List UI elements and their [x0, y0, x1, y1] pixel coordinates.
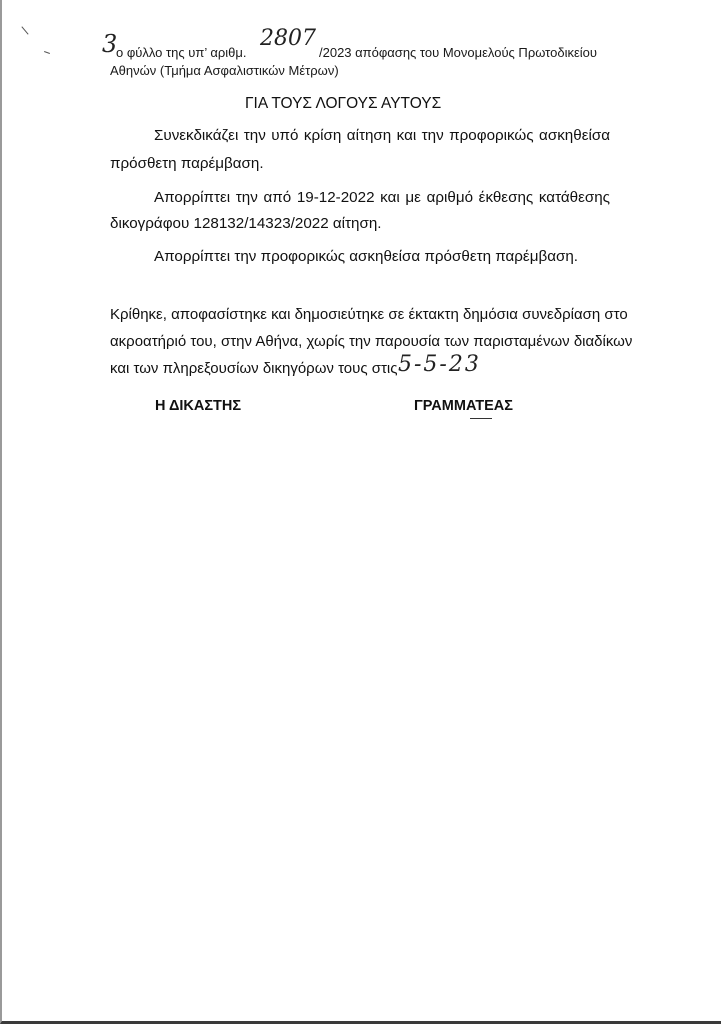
handwritten-underline	[470, 418, 492, 419]
handwritten-date: 5-5-23	[398, 352, 481, 377]
paragraph-2-line-2: δικογράφου 128132/14323/2022 αίτηση.	[110, 215, 382, 232]
handwritten-decision-number: 2807	[260, 26, 316, 51]
document-page: 3 ο φύλλο της υπ’ αριθμ. 2807 /2023 απόφ…	[0, 0, 721, 1024]
scan-mark	[44, 51, 50, 54]
closing-line-3: και των πληρεξουσίων δικηγόρων τους στις	[110, 360, 398, 377]
section-heading: ΓΙΑ ΤΟΥΣ ΛΟΓΟΥΣ ΑΥΤΟΥΣ	[245, 95, 441, 113]
scan-mark	[21, 26, 28, 34]
header-line-2: Αθηνών (Τμήμα Ασφαλιστικών Μέτρων)	[110, 63, 339, 78]
header-line-1-suffix: /2023 απόφασης του Μονομελούς Πρωτοδικεί…	[319, 45, 597, 60]
paragraph-1-line-2: πρόσθετη παρέμβαση.	[110, 155, 264, 172]
paragraph-1-line-1: Συνεκδικάζει την υπό κρίση αίτηση και τη…	[154, 127, 610, 144]
signature-judge: Η ΔΙΚΑΣΤΗΣ	[155, 398, 241, 414]
handwritten-sheet-number: 3	[102, 30, 117, 58]
closing-line-2: ακροατήριό του, στην Αθήνα, χωρίς την πα…	[110, 333, 632, 350]
paragraph-2-line-1: Απορρίπτει την από 19-12-2022 και με αρι…	[154, 189, 610, 206]
paragraph-3-line-1: Απορρίπτει την προφορικώς ασκηθείσα πρόσ…	[154, 248, 578, 265]
header-line-1-prefix: ο φύλλο της υπ’ αριθμ.	[116, 45, 247, 60]
closing-line-1: Κρίθηκε, αποφασίστηκε και δημοσιεύτηκε σ…	[110, 306, 628, 323]
signature-secretary: ΓΡΑΜΜΑΤΕΑΣ	[414, 398, 513, 414]
